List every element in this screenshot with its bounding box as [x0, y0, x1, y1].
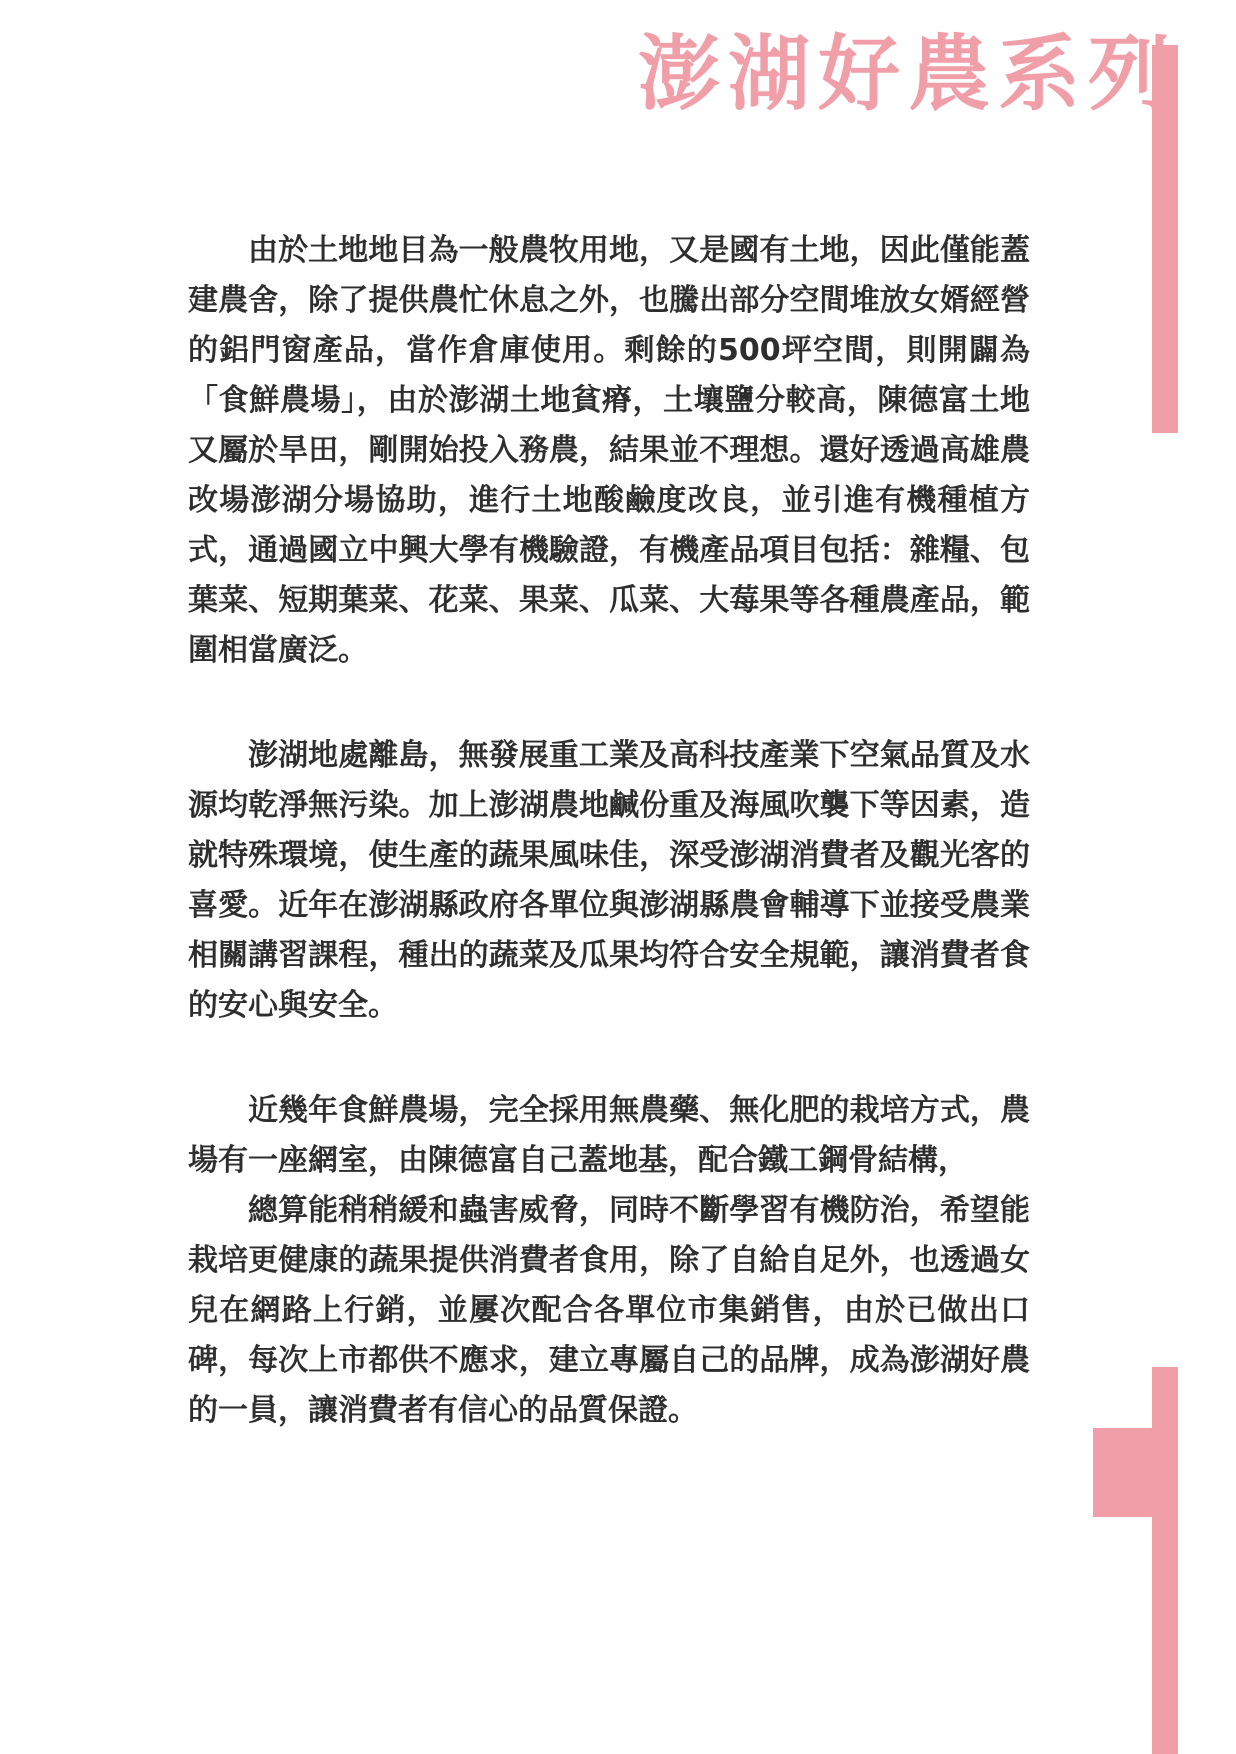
accent-bar-bottom [1152, 1367, 1178, 1754]
accent-block-bottom [1093, 1428, 1152, 1517]
paragraph-2: 澎湖地處離島，無發展重工業及高科技產業下空氣品質及水源均乾淨無污染。加上澎湖農地… [188, 731, 1030, 1031]
article-body: 由於土地地目為一般農牧用地，又是國有土地，因此僅能蓋建農舍，除了提供農忙休息之外… [188, 226, 1030, 1436]
page-title: 澎湖好農系列 [638, 28, 1178, 122]
document-page: 澎湖好農系列 由於土地地目為一般農牧用地，又是國有土地，因此僅能蓋建農舍，除了提… [0, 0, 1236, 1754]
paragraph-4: 總算能稍稍緩和蟲害威脅，同時不斷學習有機防治，希望能栽培更健康的蔬果提供消費者食… [188, 1186, 1030, 1436]
paragraph-1: 由於土地地目為一般農牧用地，又是國有土地，因此僅能蓋建農舍，除了提供農忙休息之外… [188, 226, 1030, 676]
paragraph-3: 近幾年食鮮農場，完全採用無農藥、無化肥的栽培方式，農場有一座網室，由陳德富自己蓋… [188, 1086, 1030, 1186]
accent-bar-top [1152, 45, 1178, 433]
